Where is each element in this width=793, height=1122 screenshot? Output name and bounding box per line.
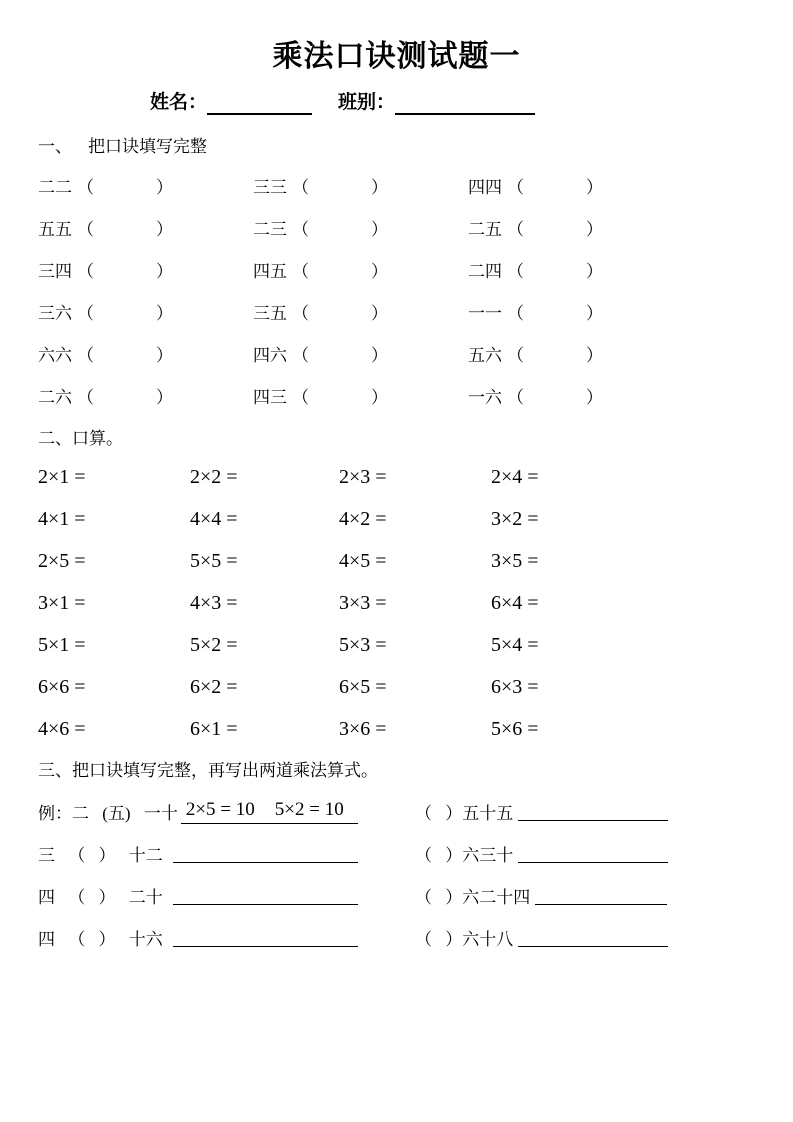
arithmetic-problem: 2×2 = <box>190 456 339 498</box>
paren-close: ） <box>371 257 388 282</box>
kouju-clue: 四 （ ） 二十 <box>38 883 163 908</box>
section1-number: 一、 <box>38 136 72 158</box>
answer-blank <box>518 844 668 863</box>
arithmetic-problem: 2×4 = <box>491 456 763 498</box>
arithmetic-problem: 2×1 = <box>38 456 190 498</box>
paren-open: （ <box>292 383 309 408</box>
kouju-fill-item: 四四（） <box>468 164 763 206</box>
paren-close: ） <box>371 215 388 240</box>
paren-close: ） <box>586 215 603 240</box>
arithmetic-problem: 3×1 = <box>38 582 190 624</box>
paren-open: （ <box>507 383 524 408</box>
kouju-pair-label: 四六 <box>253 341 287 366</box>
section1-heading-text: 把口诀填写完整 <box>88 136 207 158</box>
arithmetic-problem: 6×4 = <box>491 582 763 624</box>
answer-blank <box>535 886 667 905</box>
arithmetic-problem: 4×6 = <box>38 708 190 750</box>
section2-grid: 2×1 =2×2 =2×3 =2×4 =4×1 =4×4 =4×2 =3×2 =… <box>38 456 763 750</box>
kouju-fill-item: 五五（） <box>38 206 253 248</box>
row-left: 四 （ ） 十六 <box>38 925 415 950</box>
paren-close: ） <box>156 173 173 198</box>
section1-grid: 二二（）三三（）四四（）五五（）二三（）二五（）三四（）四五（）二四（）三六（）… <box>38 164 763 416</box>
answer-blank <box>173 928 358 947</box>
kouju-fill-item: 一六（） <box>468 374 763 416</box>
answer-blank <box>518 928 668 947</box>
kouju-pair-label: 三四 <box>38 257 72 282</box>
paren-open: （ <box>507 299 524 324</box>
paren-open: （ <box>507 341 524 366</box>
kouju-pair-label: 三五 <box>253 299 287 324</box>
worksheet-page: 乘法口诀测试题一 姓名： 班别： 一、 把口诀填写完整 二二（）三三（）四四（）… <box>0 0 793 1122</box>
kouju-pair-label: 五六 <box>468 341 502 366</box>
paren-close: ） <box>371 299 388 324</box>
kouju-fill-item: 五六（） <box>468 332 763 374</box>
kouju-pair-label: 二五 <box>468 215 502 240</box>
arithmetic-problem: 5×1 = <box>38 624 190 666</box>
arithmetic-problem: 2×5 = <box>38 540 190 582</box>
paren-close: ） <box>586 257 603 282</box>
paren-open: （ <box>77 173 94 198</box>
paren-close: ） <box>586 383 603 408</box>
paren-open: （ <box>292 299 309 324</box>
kouju-clue: （ ）六三十 <box>415 841 513 866</box>
answer-blank <box>173 886 358 905</box>
example-left: 例：二 (五) 一十 2×5 = 10 5×2 = 10 <box>38 799 415 824</box>
arithmetic-problem: 4×1 = <box>38 498 190 540</box>
paren-open: （ <box>507 215 524 240</box>
paren-close: ） <box>371 383 388 408</box>
paren-close: ） <box>371 173 388 198</box>
kouju-fill-item: 二六（） <box>38 374 253 416</box>
kouju-pair-label: 四四 <box>468 173 502 198</box>
kouju-fill-item: 四五（） <box>253 248 468 290</box>
kouju-pair-label: 四三 <box>253 383 287 408</box>
kouju-clue: 三 （ ） 十二 <box>38 841 163 866</box>
paren-close: ） <box>586 173 603 198</box>
arithmetic-problem: 4×3 = <box>190 582 339 624</box>
kouju-pair-label: 二六 <box>38 383 72 408</box>
paren-close: ） <box>156 383 173 408</box>
arithmetic-problem: 3×2 = <box>491 498 763 540</box>
example-right: （ ）五十五 <box>415 799 763 824</box>
example-prefix: 例：二 (五) 一十 <box>38 799 178 824</box>
arithmetic-problem: 6×5 = <box>339 666 491 708</box>
arithmetic-problem: 5×5 = <box>190 540 339 582</box>
kouju-fill-item: 一一（） <box>468 290 763 332</box>
kouju-fill-item: 三五（） <box>253 290 468 332</box>
paren-close: ） <box>156 299 173 324</box>
paren-close: ） <box>586 299 603 324</box>
row-left: 四 （ ） 二十 <box>38 883 415 908</box>
arithmetic-problem: 5×4 = <box>491 624 763 666</box>
arithmetic-problem: 5×3 = <box>339 624 491 666</box>
arithmetic-problem: 6×3 = <box>491 666 763 708</box>
kouju-pair-label: 三六 <box>38 299 72 324</box>
paren-open: （ <box>77 257 94 282</box>
kouju-fill-item: 二四（） <box>468 248 763 290</box>
kouju-pair-label: 四五 <box>253 257 287 282</box>
arithmetic-problem: 3×3 = <box>339 582 491 624</box>
section3-example-row: 例：二 (五) 一十 2×5 = 10 5×2 = 10 （ ）五十五 <box>38 790 763 832</box>
kouju-fill-item: 六六（） <box>38 332 253 374</box>
section3-row: 四 （ ） 十六 （ ）六十八 <box>38 916 763 958</box>
section3-row: 四 （ ） 二十 （ ）六二十四 <box>38 874 763 916</box>
arithmetic-problem: 2×3 = <box>339 456 491 498</box>
kouju-fill-item: 二三（） <box>253 206 468 248</box>
kouju-clue: 四 （ ） 十六 <box>38 925 163 950</box>
answer-blank <box>518 802 668 821</box>
kouju-pair-label: 一一 <box>468 299 502 324</box>
kouju-fill-item: 二五（） <box>468 206 763 248</box>
student-name-label: 姓名： <box>150 91 207 115</box>
section3-row: 三 （ ） 十二 （ ）六三十 <box>38 832 763 874</box>
kouju-fill-item: 三三（） <box>253 164 468 206</box>
paren-open: （ <box>507 173 524 198</box>
paren-open: （ <box>292 341 309 366</box>
section3-heading: 三、把口诀填写完整，再写出两道乘法算式。 <box>38 760 763 782</box>
row-left: 三 （ ） 十二 <box>38 841 415 866</box>
paren-open: （ <box>292 173 309 198</box>
arithmetic-problem: 6×1 = <box>190 708 339 750</box>
kouju-fill-item: 四三（） <box>253 374 468 416</box>
arithmetic-problem: 4×4 = <box>190 498 339 540</box>
arithmetic-problem: 4×2 = <box>339 498 491 540</box>
arithmetic-problem: 5×6 = <box>491 708 763 750</box>
arithmetic-problem: 6×6 = <box>38 666 190 708</box>
paren-open: （ <box>77 215 94 240</box>
class-blank <box>395 93 535 115</box>
paren-open: （ <box>507 257 524 282</box>
kouju-pair-label: 六六 <box>38 341 72 366</box>
example-equations-underline: 2×5 = 10 5×2 = 10 <box>181 799 358 824</box>
row-right: （ ）六三十 <box>415 841 763 866</box>
paren-close: ） <box>156 257 173 282</box>
arithmetic-problem: 3×6 = <box>339 708 491 750</box>
class-label: 班别： <box>338 91 395 115</box>
kouju-clue: （ ）五十五 <box>415 799 513 824</box>
student-name-blank <box>207 93 312 115</box>
section3-heading-text: 三、把口诀填写完整，再写出两道乘法算式。 <box>38 760 378 782</box>
section2-heading: 二、口算。 <box>38 428 763 450</box>
paren-open: （ <box>77 383 94 408</box>
paren-close: ） <box>371 341 388 366</box>
arithmetic-problem: 6×2 = <box>190 666 339 708</box>
kouju-fill-item: 二二（） <box>38 164 253 206</box>
kouju-fill-item: 三四（） <box>38 248 253 290</box>
arithmetic-problem: 3×5 = <box>491 540 763 582</box>
arithmetic-problem: 4×5 = <box>339 540 491 582</box>
kouju-fill-item: 四六（） <box>253 332 468 374</box>
kouju-clue: （ ）六十八 <box>415 925 513 950</box>
example-equation-2: 5×2 = 10 <box>275 799 344 821</box>
kouju-fill-item: 三六（） <box>38 290 253 332</box>
row-right: （ ）六二十四 <box>415 883 763 908</box>
name-class-line: 姓名： 班别： <box>150 91 763 115</box>
arithmetic-problem: 5×2 = <box>190 624 339 666</box>
paren-close: ） <box>586 341 603 366</box>
section1-heading: 一、 把口诀填写完整 <box>38 136 763 158</box>
worksheet-title: 乘法口诀测试题一 <box>38 40 755 73</box>
kouju-pair-label: 三三 <box>253 173 287 198</box>
kouju-pair-label: 二四 <box>468 257 502 282</box>
kouju-clue: （ ）六二十四 <box>415 883 530 908</box>
paren-open: （ <box>77 341 94 366</box>
kouju-pair-label: 二二 <box>38 173 72 198</box>
kouju-pair-label: 二三 <box>253 215 287 240</box>
paren-open: （ <box>77 299 94 324</box>
example-equation-1: 2×5 = 10 <box>186 799 255 821</box>
section3-rows: 例：二 (五) 一十 2×5 = 10 5×2 = 10 （ ）五十五 三 （ … <box>38 790 763 958</box>
answer-blank <box>173 844 358 863</box>
row-right: （ ）六十八 <box>415 925 763 950</box>
paren-close: ） <box>156 215 173 240</box>
kouju-pair-label: 五五 <box>38 215 72 240</box>
paren-open: （ <box>292 257 309 282</box>
paren-open: （ <box>292 215 309 240</box>
kouju-pair-label: 一六 <box>468 383 502 408</box>
section2-heading-text: 二、口算。 <box>38 428 123 450</box>
paren-close: ） <box>156 341 173 366</box>
